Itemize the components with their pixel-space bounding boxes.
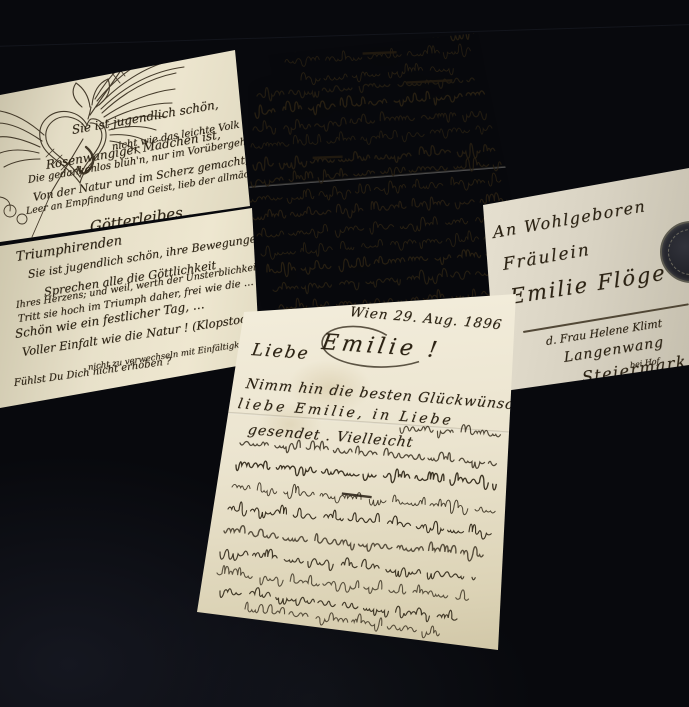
display-case-edge-line: [0, 24, 689, 47]
poem-letter-bottom-panel: Triumphirenden Sie ist jugendlich schön,…: [0, 205, 262, 415]
envelope-address-line: Fräulein: [502, 240, 591, 275]
envelope-address-line: An Wohlgeboren: [492, 196, 647, 242]
illegible-handwriting: [190, 288, 522, 656]
birthday-letter-card: Wien 29. Aug. 1896 Liebe Emilie ! Nimm h…: [190, 288, 522, 656]
poem-line: Fühlst Du Dich nicht erhoben ?: [14, 356, 172, 389]
display-case-photo: Sie ist jugendlich schön, nicht wie das …: [0, 0, 689, 707]
postmark-ring: [668, 229, 689, 275]
